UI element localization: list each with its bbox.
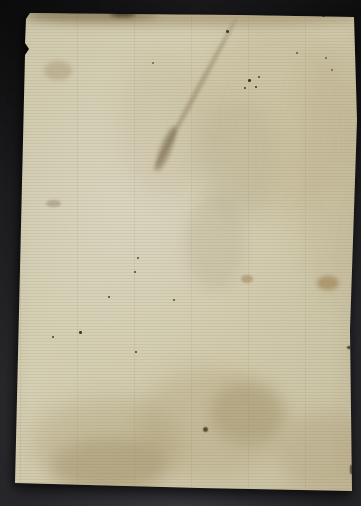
small-mark: [46, 200, 61, 207]
ink-speck: [137, 257, 139, 259]
scan-background: [0, 0, 361, 506]
ink-speck: [322, 14, 325, 17]
top-edge-discoloration-left: [26, 9, 156, 20]
curl-stain: [44, 61, 72, 80]
ink-speck: [134, 271, 136, 273]
ink-speck: [331, 69, 333, 71]
ink-speck: [325, 57, 327, 59]
ink-speck: [173, 299, 175, 301]
ink-speck: [244, 87, 246, 89]
ink-speck: [203, 427, 208, 432]
right-band-wash: [300, 35, 361, 305]
ink-speck: [135, 351, 137, 353]
mid-stain-small: [241, 275, 253, 283]
ink-speck: [108, 296, 110, 298]
ink-speck: [296, 52, 298, 54]
ink-speck: [152, 62, 154, 64]
ink-speck: [248, 79, 251, 82]
show-through-mark-2: [198, 100, 278, 215]
ink-speck: [79, 331, 82, 334]
paper-surface: [0, 0, 361, 506]
ink-speck: [226, 30, 229, 33]
stitch-mark-2: [350, 465, 353, 474]
ink-speck: [255, 86, 257, 88]
top-edge-dark-blob: [110, 9, 136, 17]
bottom-center-stain-core: [210, 382, 285, 444]
stitch-mark-1: [347, 346, 355, 349]
ink-speck: [258, 76, 260, 78]
ink-speck: [52, 336, 54, 338]
paper-sheet: [0, 0, 361, 506]
